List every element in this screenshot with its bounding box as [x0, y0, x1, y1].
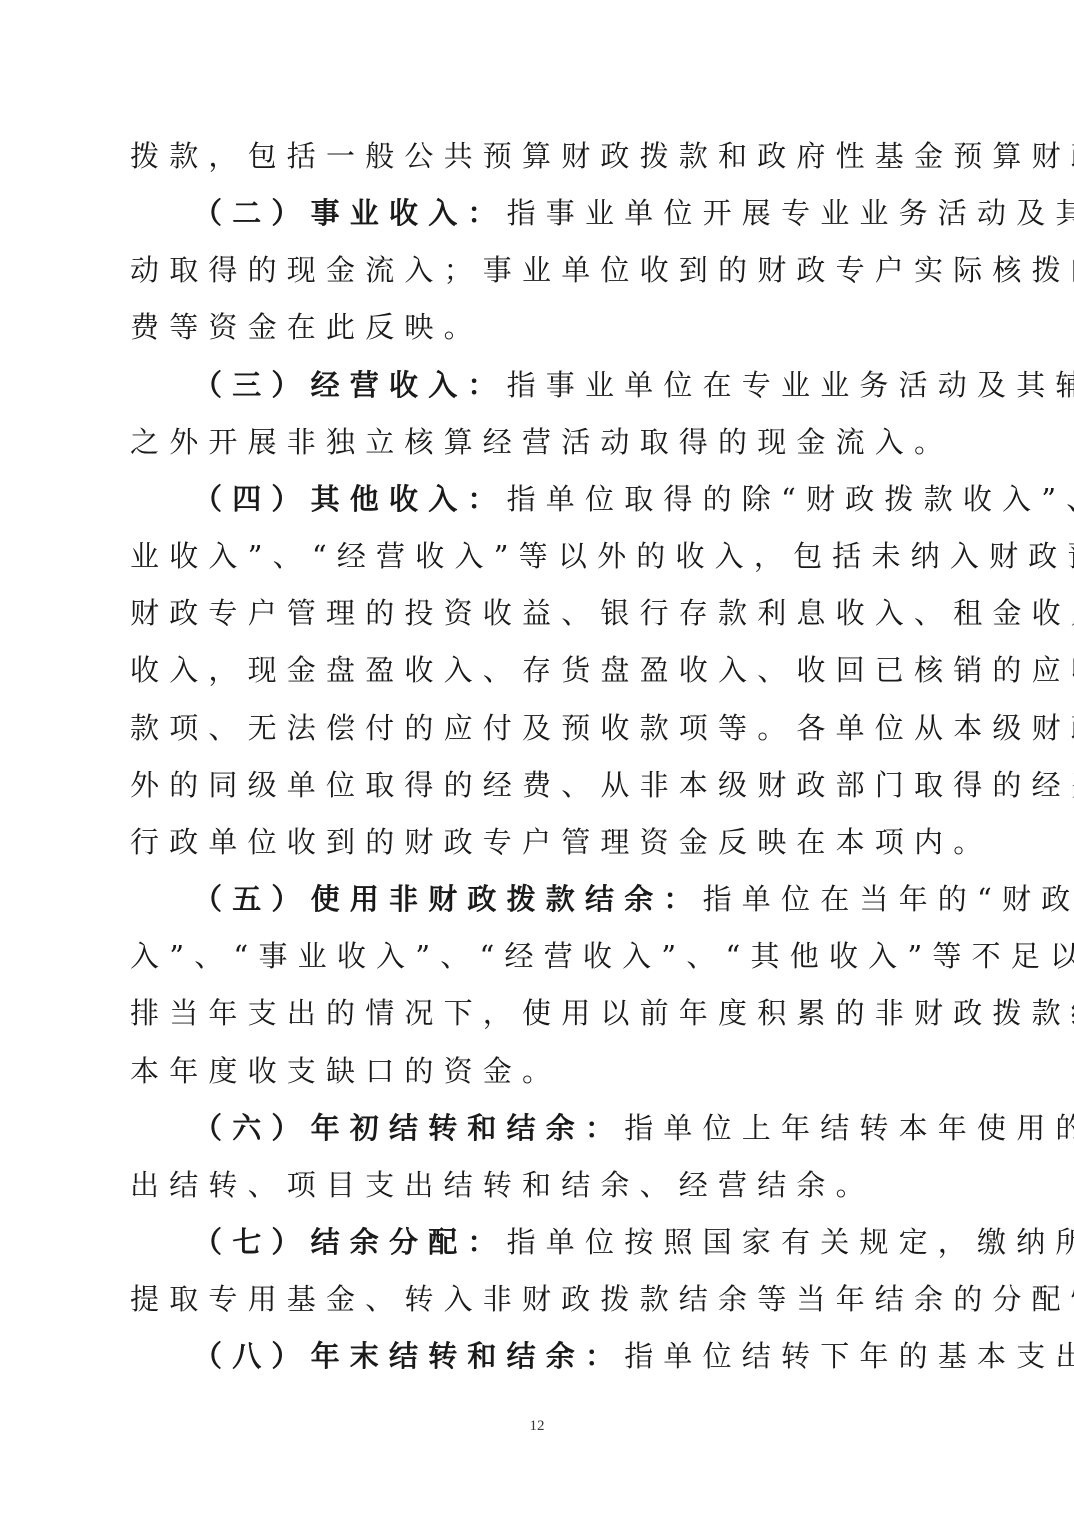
- line-text: 入”、“事业收入”、“经营收入”、“其他收入”等不足以安: [130, 939, 1074, 973]
- paragraph-line: 动取得的现金流入；事业单位收到的财政专户实际核拨的教育收: [130, 245, 940, 295]
- paragraph-line: 排当年支出的情况下，使用以前年度积累的非财政拨款结余弥补: [130, 988, 940, 1038]
- line-text: 费等资金在此反映。: [130, 310, 483, 344]
- section-heading-line: （四）其他收入：指单位取得的除“财政拨款收入”、“事: [193, 474, 940, 524]
- line-text: 之外开展非独立核算经营活动取得的现金流入。: [130, 425, 953, 459]
- paragraph-line: 之外开展非独立核算经营活动取得的现金流入。: [130, 417, 940, 467]
- page-number: 12: [0, 1418, 1074, 1435]
- line-text: 提取专用基金、转入非财政拨款结余等当年结余的分配情况。: [130, 1282, 1074, 1316]
- section-heading-line: （七）结余分配：指单位按照国家有关规定，缴纳所得税、: [193, 1217, 940, 1267]
- paragraph-line: 外的同级单位取得的经费、从非本级财政部门取得的经费，以及: [130, 760, 940, 810]
- section-heading-line: （五）使用非财政拨款结余：指单位在当年的“财政拨款收: [193, 874, 940, 924]
- line-text: 指单位按照国家有关规定，缴纳所得税、: [507, 1225, 1074, 1259]
- line-text: 拨款，包括一般公共预算财政拨款和政府性基金预算财政拨款。: [130, 139, 1074, 173]
- document-page: 拨款，包括一般公共预算财政拨款和政府性基金预算财政拨款。 （二）事业收入：指事业…: [0, 0, 1074, 1520]
- line-text: 业收入”、“经营收入”等以外的收入，包括未纳入财政预算或: [130, 539, 1074, 573]
- section-heading-line: （八）年末结转和结余：指单位结转下年的基本支出结转、: [193, 1331, 940, 1381]
- line-text: 排当年支出的情况下，使用以前年度积累的非财政拨款结余弥补: [130, 996, 1074, 1030]
- section-heading: （七）结余分配：: [193, 1225, 507, 1259]
- line-text: 指单位在当年的“财政拨款收: [703, 882, 1074, 916]
- section-heading: （四）其他收入：: [193, 482, 507, 516]
- line-text: 本年度收支缺口的资金。: [130, 1054, 561, 1088]
- paragraph-line: 款项、无法偿付的应付及预收款项等。各单位从本级财政部门以: [130, 703, 940, 753]
- paragraph-line: 出结转、项目支出结转和结余、经营结余。: [130, 1160, 940, 1210]
- line-text: 指单位上年结转本年使用的基本支: [624, 1111, 1074, 1145]
- paragraph-line: 提取专用基金、转入非财政拨款结余等当年结余的分配情况。: [130, 1274, 940, 1324]
- paragraph-line: 拨款，包括一般公共预算财政拨款和政府性基金预算财政拨款。: [130, 131, 940, 181]
- line-text: 动取得的现金流入；事业单位收到的财政专户实际核拨的教育收: [130, 253, 1074, 287]
- section-heading-line: （三）经营收入：指事业单位在专业业务活动及其辅助活动: [193, 360, 940, 410]
- section-heading-line: （二）事业收入：指事业单位开展专业业务活动及其辅助活: [193, 188, 940, 238]
- section-heading: （五）使用非财政拨款结余：: [193, 882, 703, 916]
- paragraph-line: 业收入”、“经营收入”等以外的收入，包括未纳入财政预算或: [130, 531, 940, 581]
- paragraph-line: 费等资金在此反映。: [130, 302, 940, 352]
- line-text: 指事业单位在专业业务活动及其辅助活动: [507, 368, 1074, 402]
- paragraph-line: 收入，现金盘盈收入、存货盘盈收入、收回已核销的应收及预付: [130, 645, 940, 695]
- paragraph-line: 财政专户管理的投资收益、银行存款利息收入、租金收入、捐赠: [130, 588, 940, 638]
- section-heading: （八）年末结转和结余：: [193, 1339, 624, 1373]
- paragraph-line: 本年度收支缺口的资金。: [130, 1046, 940, 1096]
- line-text: 收入，现金盘盈收入、存货盘盈收入、收回已核销的应收及预付: [130, 653, 1074, 687]
- line-text: 指单位结转下年的基本支出结转、: [624, 1339, 1074, 1373]
- line-text: 款项、无法偿付的应付及预收款项等。各单位从本级财政部门以: [130, 711, 1074, 745]
- line-text: 指单位取得的除“财政拨款收入”、“事: [507, 482, 1074, 516]
- paragraph-line: 行政单位收到的财政专户管理资金反映在本项内。: [130, 817, 940, 867]
- line-text: 财政专户管理的投资收益、银行存款利息收入、租金收入、捐赠: [130, 596, 1074, 630]
- line-text: 外的同级单位取得的经费、从非本级财政部门取得的经费，以及: [130, 768, 1074, 802]
- section-heading-line: （六）年初结转和结余：指单位上年结转本年使用的基本支: [193, 1103, 940, 1153]
- paragraph-line: 入”、“事业收入”、“经营收入”、“其他收入”等不足以安: [130, 931, 940, 981]
- line-text: 指事业单位开展专业业务活动及其辅助活: [507, 196, 1074, 230]
- line-text: 出结转、项目支出结转和结余、经营结余。: [130, 1168, 875, 1202]
- line-text: 行政单位收到的财政专户管理资金反映在本项内。: [130, 825, 992, 859]
- section-heading: （三）经营收入：: [193, 368, 507, 402]
- section-heading: （六）年初结转和结余：: [193, 1111, 624, 1145]
- section-heading: （二）事业收入：: [193, 196, 507, 230]
